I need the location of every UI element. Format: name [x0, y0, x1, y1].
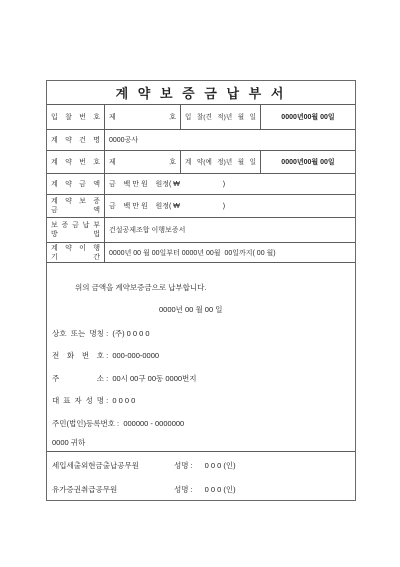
- declaration-section: 위의 금액을 계약보증금으로 납부합니다. 0000년 00 월 00 일 상호…: [47, 262, 355, 451]
- company-name-label: 상호 또는 명칭: [52, 329, 104, 338]
- official-name: 0 0 0 (인): [205, 485, 236, 494]
- recipient-line: 0000 귀하: [52, 438, 85, 447]
- official-cash-receipts: 세입세출외현금출납공무원성명 :0 0 0 (인): [52, 461, 236, 470]
- contract-amount-value: 금 백 만 원 원정( ₩ ): [109, 179, 351, 189]
- performance-period-label-cell: 계 약 이 행 기 간: [47, 243, 104, 262]
- contract-name-label-cell: 계 약 건 명: [47, 130, 104, 150]
- table-row-deposit-amount: 계 약 보 증 금 액 금 백 만 원 원정( ₩ ): [47, 194, 355, 217]
- official-role: 세입세출외현금출납공무원: [52, 461, 174, 470]
- performance-period-label-line2: 기 간: [51, 253, 100, 262]
- representative-name-label: 대 표 자 성 명: [52, 396, 104, 405]
- form-title: 계 약 보 증 금 납 부 서: [47, 81, 355, 104]
- payment-method-label-line1: 보 증 금 납 부: [51, 221, 100, 230]
- field-colon: :: [104, 351, 112, 360]
- table-row-performance-period: 계 약 이 행 기 간 0000년 00 월 00일부터 0000년 00월 0…: [47, 242, 355, 262]
- field-company-name: 상호 또는 명칭 : (주) 0 0 0 0: [52, 329, 150, 338]
- bid-date-label: 입 찰(견 적)년 월 일: [185, 113, 256, 122]
- field-colon: :: [104, 396, 112, 405]
- performance-period-value: 0000년 00 월 00일부터 0000년 00월 00일까지( 00 월): [109, 248, 351, 258]
- table-row-contract-number: 계 약 번 호 제 호 계 약(예 정)년 월 일 0000년00월 00일: [47, 150, 355, 173]
- contract-date-label-cell: 계 약(예 정)년 월 일: [180, 151, 260, 173]
- deposit-amount-value: 금 백 만 원 원정( ₩ ): [109, 201, 351, 211]
- payment-form: 계 약 보 증 금 납 부 서 입 찰 번 호 제 호 입 찰(견 적)년 월 …: [46, 80, 356, 501]
- payment-method-value-cell: 건설공제조합 이행보증서: [104, 218, 355, 242]
- payment-method-label-line2: 방 법: [51, 230, 100, 239]
- bid-date-value: 0000년00월 00일: [265, 112, 351, 122]
- contract-date-value-cell: 0000년00월 00일: [260, 151, 355, 173]
- company-name-value: (주) 0 0 0 0: [112, 329, 149, 338]
- official-name: 0 0 0 (인): [205, 461, 236, 470]
- contract-date-value: 0000년00월 00일: [265, 157, 351, 167]
- field-colon: :: [104, 329, 112, 338]
- representative-name-value: 0 0 0 0: [112, 396, 135, 405]
- official-role: 유가증권취급공무원: [52, 485, 174, 494]
- officials-section: 세입세출외현금출납공무원성명 :0 0 0 (인) 유가증권취급공무원성명 :0…: [47, 451, 355, 502]
- field-representative-name: 대 표 자 성 명 : 0 0 0 0: [52, 396, 135, 405]
- official-name-label: 성명 :: [174, 461, 193, 470]
- field-colon: :: [115, 419, 123, 428]
- contract-number-label-cell: 계 약 번 호: [47, 151, 104, 173]
- field-phone-number: 전 화 번 호 : 000-000-0000: [52, 351, 159, 360]
- bid-number-label-cell: 입 찰 번 호: [47, 105, 104, 129]
- deposit-amount-value-cell: 금 백 만 원 원정( ₩ ): [104, 195, 355, 217]
- table-row-contract-name: 계 약 건 명 0000공사: [47, 129, 355, 150]
- contract-name-value-cell: 0000공사: [104, 130, 355, 150]
- contract-amount-label: 계 약 금 액: [51, 180, 100, 189]
- performance-period-value-cell: 0000년 00 월 00일부터 0000년 00월 00일까지( 00 월): [104, 243, 355, 262]
- field-address: 주 소 : 00시 00구 00동 0000번지: [52, 374, 197, 383]
- table-row-bid-number: 입 찰 번 호 제 호 입 찰(견 적)년 월 일 0000년00월 00일: [47, 104, 355, 129]
- field-registration-number: 주민(법인)등록번호 : 000000 - 0000000: [52, 419, 184, 428]
- deposit-amount-label-line2: 금 액: [51, 206, 100, 215]
- bid-number-value: 제 호: [109, 113, 176, 122]
- official-name-label: 성명 :: [174, 485, 193, 494]
- registration-number-label: 주민(법인)등록번호: [52, 419, 115, 428]
- official-securities-handler: 유가증권취급공무원성명 :0 0 0 (인): [52, 485, 236, 494]
- deposit-amount-label-cell: 계 약 보 증 금 액: [47, 195, 104, 217]
- bid-number-value-cell: 제 호: [104, 105, 180, 129]
- payment-method-label-cell: 보 증 금 납 부 방 법: [47, 218, 104, 242]
- phone-number-label: 전 화 번 호: [52, 351, 104, 360]
- declaration-date: 0000년 00 월 00 일: [159, 305, 222, 314]
- contract-number-label: 계 약 번 호: [51, 158, 100, 167]
- payment-method-value: 건설공제조합 이행보증서: [109, 225, 351, 235]
- bid-number-label: 입 찰 번 호: [51, 113, 100, 122]
- contract-name-value: 0000공사: [109, 135, 351, 145]
- declaration-statement: 위의 금액을 계약보증금으로 납부합니다.: [75, 283, 207, 292]
- address-label: 주 소: [52, 374, 104, 383]
- phone-number-value: 000-000-0000: [112, 351, 159, 360]
- table-row-payment-method: 보 증 금 납 부 방 법 건설공제조합 이행보증서: [47, 217, 355, 242]
- bid-date-value-cell: 0000년00월 00일: [260, 105, 355, 129]
- address-value: 00시 00구 00동 0000번지: [112, 374, 196, 383]
- registration-number-value: 000000 - 0000000: [123, 419, 184, 428]
- contract-number-value: 제 호: [109, 158, 176, 167]
- contract-amount-value-cell: 금 백 만 원 원정( ₩ ): [104, 174, 355, 194]
- contract-amount-label-cell: 계 약 금 액: [47, 174, 104, 194]
- performance-period-label-line1: 계 약 이 행: [51, 244, 100, 253]
- table-row-contract-amount: 계 약 금 액 금 백 만 원 원정( ₩ ): [47, 173, 355, 194]
- field-colon: :: [104, 374, 112, 383]
- contract-name-label: 계 약 건 명: [51, 136, 100, 145]
- contract-number-value-cell: 제 호: [104, 151, 180, 173]
- contract-date-label: 계 약(예 정)년 월 일: [185, 158, 256, 167]
- deposit-amount-label-line1: 계 약 보 증: [51, 197, 100, 206]
- bid-date-label-cell: 입 찰(견 적)년 월 일: [180, 105, 260, 129]
